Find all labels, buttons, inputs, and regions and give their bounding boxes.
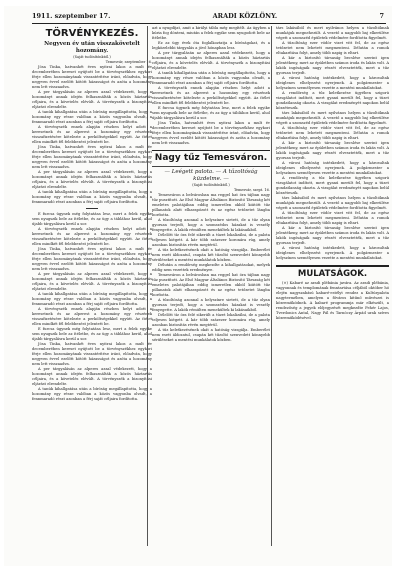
paragraph: A tűz keletkezésének okát a hatóság vizs…: [152, 328, 270, 343]
paragraph: Jósa Tinka, hatvanhét éves nyitrai lakos…: [32, 247, 152, 272]
paragraph: A törvényszék ennek alapján részben hely…: [32, 125, 152, 145]
paragraph: A kár a biztosító társaság becslése szer…: [276, 56, 389, 76]
paragraph: A tűzoltóság ezer vödör vizet vitt fel, …: [276, 211, 389, 226]
paragraph: A tűzoltóság ezer vödör vizet vitt fel, …: [276, 126, 389, 141]
paragraph: A kár a biztosító társaság becslése szer…: [276, 141, 389, 161]
paragraph: A tanúk kihallgatása után a bíróság megá…: [152, 71, 270, 86]
paragraph: A tanúk kihallgatása után a bíróság megá…: [32, 110, 152, 125]
paragraph: A per tárgyalásán az alperes azzal védek…: [32, 170, 152, 190]
paragraph: A per tárgyalásán az alperes azzal védek…: [32, 90, 152, 110]
paragraph: E furcsa ügynek még folytatása lesz, mer…: [32, 212, 152, 227]
paragraph: A tűzoltóság azonnal a helyszínre sietet…: [152, 298, 270, 313]
paragraph: A rendőrség a tűz keletkezése ügyében sz…: [276, 91, 389, 111]
paragraph: A tanúk kihallgatása után a bíróság megá…: [32, 292, 152, 307]
paragraph: A törvényszék ennek alapján részben hely…: [32, 227, 152, 247]
paragraph: A törvényszék ennek alapján részben hely…: [32, 307, 152, 327]
newspaper-page: 1911. szeptember 17. ARADI KÖZLÖNY. 7 TÖ…: [4, 6, 392, 566]
paragraph: azt a nyugdíjat, amit a királyi tábla mé…: [152, 26, 270, 41]
paragraph: A per tárgyalásán az alperes azzal védek…: [32, 272, 152, 292]
paragraph: társ lakásából és mert nyilvános helyen …: [276, 26, 389, 41]
section-title-mulatsagok: MULATSÁGOK.: [276, 269, 389, 280]
paragraph: E furcsa ügynek még folytatása lesz, mer…: [152, 106, 270, 121]
section-title-torvenykezes: TÖRVÉNYKEZÉS.: [32, 27, 152, 40]
paragraph: E furcsa ügynek még folytatása lesz, mer…: [32, 327, 152, 342]
issue-date: 1911. szeptember 17.: [32, 12, 110, 20]
article-title-nagy-tuz: Nagy tűz Temesváron.: [152, 153, 270, 164]
paragraph: Délután a rendőrség megkezdte a kihallga…: [152, 263, 270, 273]
article-header-box: Nagy tűz Temesváron.: [152, 150, 270, 167]
paragraph: A rendőrség a tűz keletkezése ügyében sz…: [276, 176, 389, 196]
paragraph: A törvényszék ennek alapján részben hely…: [152, 86, 270, 106]
paragraph: társ lakásából és mert nyilvános helyen …: [276, 196, 389, 211]
paragraph: A tanúk kihallgatása után a bíróság megá…: [32, 387, 152, 402]
paragraph: Temesváron a belvárosban ma reggel hat ó…: [152, 193, 270, 218]
paragraph: A tanúk kihallgatása után a bíróság megá…: [32, 190, 152, 205]
column-3: társ lakásából és mert nyilvános helyen …: [271, 26, 389, 546]
masthead: ARADI KÖZLÖNY.: [213, 12, 278, 20]
page-header: 1911. szeptember 17. ARADI KÖZLÖNY. 7: [32, 10, 384, 22]
separator: [86, 208, 98, 209]
paragraph: (×) Kabaré az aradi plébánia javára. Az …: [276, 281, 389, 321]
article-subtitle: — Leégett palota. — A tűzoltóság küzdelm…: [152, 169, 270, 183]
paragraph: Délelőtt tíz óra felé sikerült a tüzet l…: [152, 313, 270, 328]
paragraph: A tűzoltóság azonnal a helyszínre sietet…: [152, 218, 270, 233]
paragraph: Délelőtt tíz óra felé sikerült a tüzet l…: [152, 233, 270, 248]
paragraph: Temesváron a belvárosban ma reggel hat ó…: [152, 273, 270, 298]
paragraph: A per tárgyalásán az alperes azzal védek…: [32, 367, 152, 387]
column-1: TÖRVÉNYKEZÉS. Negyven év után visszaköve…: [32, 26, 152, 546]
page-number: 7: [379, 12, 384, 20]
paragraph: Ez az ügy évek óta foglalkoztatja a bíró…: [152, 41, 270, 51]
paragraph: Jósa Tinka, hatvanhét éves nyitrai lakos…: [32, 65, 152, 90]
paragraph: Jósa Tinka, hatvanhét éves nyitrai lakos…: [32, 145, 152, 170]
article-title-hozomany: Negyven év után visszakövetelt hozomány.: [32, 41, 152, 55]
paragraph: A kár a biztosító társaság becslése szer…: [276, 226, 389, 246]
header-rule: [32, 23, 386, 24]
paragraph: A tűzoltóság ezer vödör vizet vitt fel, …: [276, 41, 389, 56]
paragraph: társ lakásából és mert nyilvános helyen …: [276, 111, 389, 126]
paragraph: Jósa Tinka, hatvanhét éves nyitrai lakos…: [152, 121, 270, 146]
section-rule: [276, 265, 389, 267]
paragraph: A városi hatóság intézkedett, hogy a kár…: [276, 161, 389, 176]
paragraph: A városi hatóság intézkedett, hogy a kár…: [276, 76, 389, 91]
paragraph: A városi hatóság intézkedett, hogy a kár…: [276, 246, 389, 261]
paragraph: Jósa Tinka, hatvanhét éves nyitrai lakos…: [32, 342, 152, 367]
paragraph: A per tárgyalásán az alperes azzal védek…: [152, 51, 270, 71]
column-2: azt a nyugdíjat, amit a királyi tábla mé…: [147, 26, 270, 546]
paragraph: A tűz keletkezésének okát a hatóság vizs…: [152, 248, 270, 263]
